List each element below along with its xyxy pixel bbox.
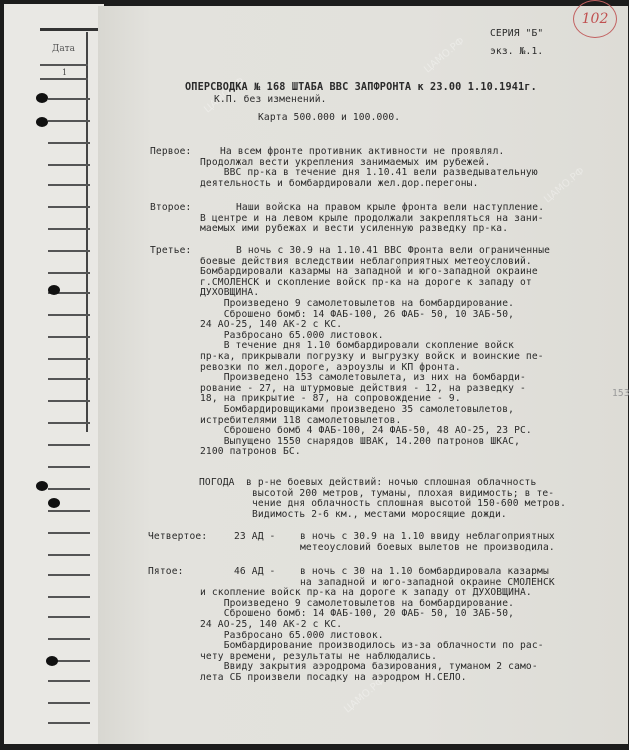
ledger-column-line — [86, 32, 88, 432]
ledger-rule — [48, 250, 90, 252]
punch-hole-icon — [48, 285, 60, 295]
ledger-rule — [48, 444, 90, 446]
section-first-line: ВВС пр-ка в течение дня 1.10.41 вели раз… — [200, 168, 538, 179]
ledger-rule — [48, 358, 90, 360]
weather-line: Видимость 2-6 км., местами моросящие дож… — [252, 510, 507, 521]
ledger-strip: Дата 1 — [4, 4, 104, 744]
ledger-rule — [48, 142, 90, 144]
weather-label: ПОГОДА — [199, 478, 235, 489]
section-fourth-line: в ночь с 30.9 на 1.10 ввиду неблагоприят… — [300, 532, 555, 543]
ledger-rule — [48, 574, 90, 576]
punch-hole-icon — [46, 656, 58, 666]
section-fifth-line: лета СБ произвели посадку на аэродром Н.… — [200, 673, 467, 684]
section-third-line: Произведено 9 самолетовылетов на бомбард… — [200, 299, 514, 310]
ledger-rule — [48, 184, 90, 186]
punch-hole-icon — [36, 481, 48, 491]
ledger-top-rule — [40, 28, 100, 31]
section-fourth-line: метеоусловий боевых вылетов не производи… — [300, 543, 555, 554]
ledger-rule — [48, 722, 90, 724]
ledger-rule — [48, 228, 90, 230]
copy-number: экз. №.1. — [490, 47, 543, 58]
ledger-rule — [48, 554, 90, 556]
ledger-rule — [48, 206, 90, 208]
margin-note: 153 — [612, 389, 629, 400]
ledger-date-label: Дата — [52, 44, 75, 54]
section-fifth-label: Пятое: — [148, 567, 184, 578]
ledger-rule — [48, 510, 90, 512]
section-second-line: маемых ими рубежах и вести усиленную раз… — [200, 224, 508, 235]
section-second-label: Второе: — [150, 203, 191, 214]
ledger-rule — [40, 64, 88, 66]
section-third-label: Третье: — [150, 246, 191, 257]
ledger-rule — [48, 596, 90, 598]
punch-hole-icon — [48, 498, 60, 508]
section-fourth-unit: 23 АД - — [234, 532, 275, 543]
section-first-line: деятельность и бомбардировали жел.дор.пе… — [200, 179, 479, 190]
document-title: ОПЕРСВОДКА № 168 ШТАБА ВВС ЗАПФРОНТА к 2… — [185, 83, 537, 94]
section-second-line: Наши войска на правом крыле фронта вели … — [236, 203, 544, 214]
ledger-rule — [48, 616, 90, 618]
ledger-rule — [48, 532, 90, 534]
ledger-rule — [48, 638, 90, 640]
section-fifth-unit: 46 АД - — [234, 567, 275, 578]
section-third-line: пр-ка, прикрывали погрузку и выгрузку во… — [200, 352, 544, 363]
section-fifth-line: в ночь с 30 на 1.10 бомбардировала казар… — [300, 567, 549, 578]
weather-line: в р-не боевых действий: ночью сплошная о… — [246, 478, 536, 489]
ledger-rule — [48, 272, 90, 274]
series-label: СЕРИЯ "Б" — [490, 29, 543, 40]
section-third-line: В ночь с 30.9 на 1.10.41 ВВС Фронта вели… — [236, 246, 550, 257]
punch-hole-icon — [36, 93, 48, 103]
section-fourth-label: Четвертое: — [148, 532, 207, 543]
ledger-rule — [48, 400, 90, 402]
ledger-rule — [48, 422, 90, 424]
section-fifth-line: 24 АО-25, 140 АК-2 с КС. — [200, 620, 342, 631]
ledger-rule — [48, 120, 90, 122]
section-first-line: На всем фронте противник активности не п… — [220, 147, 504, 158]
section-first-label: Первое: — [150, 147, 191, 158]
ledger-rule — [40, 78, 88, 80]
ledger-row-number: 1 — [62, 68, 67, 77]
punch-hole-icon — [36, 117, 48, 127]
ledger-rule — [48, 378, 90, 380]
ledger-rule — [48, 314, 90, 316]
ledger-rule — [48, 488, 90, 490]
ledger-rule — [48, 680, 90, 682]
section-third-line: 2100 патронов БС. — [200, 447, 301, 458]
ledger-rule — [48, 466, 90, 468]
kp-note: К.П. без изменений. — [214, 95, 327, 106]
archive-page-stamp: 102 — [573, 0, 617, 38]
ledger-rule — [48, 98, 90, 100]
ledger-rule — [48, 164, 90, 166]
map-scale: Карта 500.000 и 100.000. — [258, 113, 400, 124]
section-third-line: Бомбардировщиками произведено 35 самолет… — [200, 405, 514, 416]
ledger-rule — [48, 336, 90, 338]
ledger-rule — [48, 702, 90, 704]
